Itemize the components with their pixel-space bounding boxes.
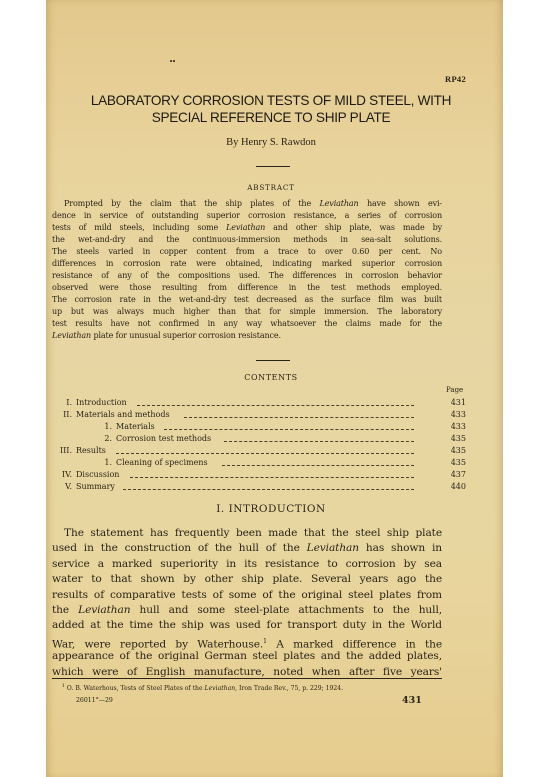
dot-leader: [130, 477, 414, 478]
toc-label: Corrosion test methods: [116, 433, 211, 444]
footnote: 1 O. B. Waterhous, Tests of Steel Plates…: [62, 684, 343, 692]
abstract-line: dence in service of outstanding superior…: [52, 210, 442, 222]
dust-speck: [173, 60, 175, 62]
sheet-mark: 26011°—29: [76, 697, 113, 704]
dust-speck: [170, 60, 172, 62]
abstract-line: The corrosion rate in the wet-and-dry te…: [52, 294, 442, 306]
ship-name: Leviathan: [226, 223, 265, 232]
intro-line: water to that shown by other ship plate.…: [52, 572, 442, 587]
abstract-line: differences in corrosion rate were obtai…: [52, 258, 442, 270]
intro-line: War, were reported by Waterhouse.1 A mar…: [52, 634, 442, 649]
toc-number: 1.: [86, 457, 112, 468]
toc-page: 440: [444, 481, 466, 492]
abstract-line: Leviathan plate for unusual superior cor…: [52, 330, 442, 342]
intro-line: results of comparative tests of some of …: [52, 588, 442, 603]
abstract-line: the wet-and-dry and the continuous-immer…: [52, 234, 442, 246]
toc-page: 433: [444, 421, 466, 432]
contents-heading: CONTENTS: [46, 373, 496, 382]
toc-number: V.: [46, 481, 72, 492]
text: and other ship plate, was made by: [265, 223, 442, 232]
dot-leader: [116, 453, 414, 454]
footnote-rule: [52, 678, 442, 679]
toc-number: III.: [46, 445, 72, 456]
ship-name: Leviathan: [320, 199, 359, 208]
abstract-body: Prompted by the claim that the ship plat…: [52, 198, 442, 342]
contents-page-column-header: Page: [446, 386, 463, 394]
toc-number: 1.: [86, 421, 112, 432]
toc-label: Results: [76, 445, 106, 456]
text: has shown in: [359, 542, 442, 554]
dot-leader: [224, 441, 414, 442]
abstract-heading: ABSTRACT: [46, 183, 496, 192]
ship-name: Leviathan: [205, 685, 236, 692]
toc-page: 435: [444, 457, 466, 468]
introduction-heading: I. INTRODUCTION: [46, 503, 496, 515]
title-line-2: SPECIAL REFERENCE TO SHIP PLATE: [46, 110, 496, 125]
text: have shown evi-: [359, 199, 442, 208]
toc-label: Discussion: [76, 469, 119, 480]
toc-label: Cleaning of specimens: [116, 457, 208, 468]
intro-line: appearance of the original German steel …: [52, 649, 442, 664]
toc-number: 2.: [86, 433, 112, 444]
byline: By Henry S. Rawdon: [46, 137, 496, 148]
dot-leader: [137, 405, 414, 406]
toc-page: 435: [444, 433, 466, 444]
abstract-line: The steels varied in copper content from…: [52, 246, 442, 258]
toc-page: 431: [444, 397, 466, 408]
abstract-line: up but was always much higher than that …: [52, 306, 442, 318]
toc-label: Materials: [116, 421, 155, 432]
text: O. B. Waterhous, Tests of Steel Plates o…: [65, 685, 205, 692]
toc-number: II.: [46, 409, 72, 420]
abstract-line: tests of mild steels, including some Lev…: [52, 222, 442, 234]
toc-number: I.: [46, 397, 72, 408]
dot-leader: [123, 489, 414, 490]
text: Prompted by the claim that the ship plat…: [64, 199, 320, 208]
toc-page: 435: [444, 445, 466, 456]
dot-leader: [164, 429, 414, 430]
toc-page: 433: [444, 409, 466, 420]
text: hull and some steel-plate attachments to…: [130, 604, 442, 616]
toc-number: IV.: [46, 469, 72, 480]
dot-leader: [184, 417, 414, 418]
toc-label: Materials and methods: [76, 409, 170, 420]
text: the: [52, 604, 78, 616]
section-divider: [256, 166, 290, 167]
intro-line: The statement has frequently been made t…: [52, 526, 442, 541]
intro-line: service a marked superiority in its resi…: [52, 557, 442, 572]
text: plate for unusual superior corrosion res…: [91, 331, 281, 340]
dot-leader: [222, 465, 414, 466]
page-number: 431: [402, 695, 422, 706]
toc-label: Introduction: [76, 397, 127, 408]
toc-label: Summary: [76, 481, 115, 492]
introduction-body: The statement has frequently been made t…: [52, 526, 442, 680]
report-number: RP42: [445, 74, 466, 84]
text: used in the construction of the hull of …: [52, 542, 307, 554]
intro-line: added at the time the ship was used for …: [52, 618, 442, 633]
section-divider: [256, 360, 290, 361]
ship-name: Leviathan: [52, 331, 91, 340]
title-line-1: LABORATORY CORROSION TESTS OF MILD STEEL…: [46, 93, 496, 108]
text: , Iron Trade Rev., 75, p. 229; 1924.: [235, 685, 343, 692]
intro-line: the Leviathan hull and some steel-plate …: [52, 603, 442, 618]
abstract-line: observed were those resulting from diffe…: [52, 282, 442, 294]
abstract-line: test results have not confirmed in any w…: [52, 318, 442, 330]
intro-line: used in the construction of the hull of …: [52, 541, 442, 556]
document-page: RP42 LABORATORY CORROSION TESTS OF MILD …: [46, 0, 503, 777]
abstract-line: Prompted by the claim that the ship plat…: [52, 198, 442, 210]
ship-name: Leviathan: [307, 542, 359, 554]
ship-name: Leviathan: [78, 604, 130, 616]
abstract-line: resistance of any of the compositions us…: [52, 270, 442, 282]
toc-page: 437: [444, 469, 466, 480]
text: tests of mild steels, including some: [52, 223, 226, 232]
